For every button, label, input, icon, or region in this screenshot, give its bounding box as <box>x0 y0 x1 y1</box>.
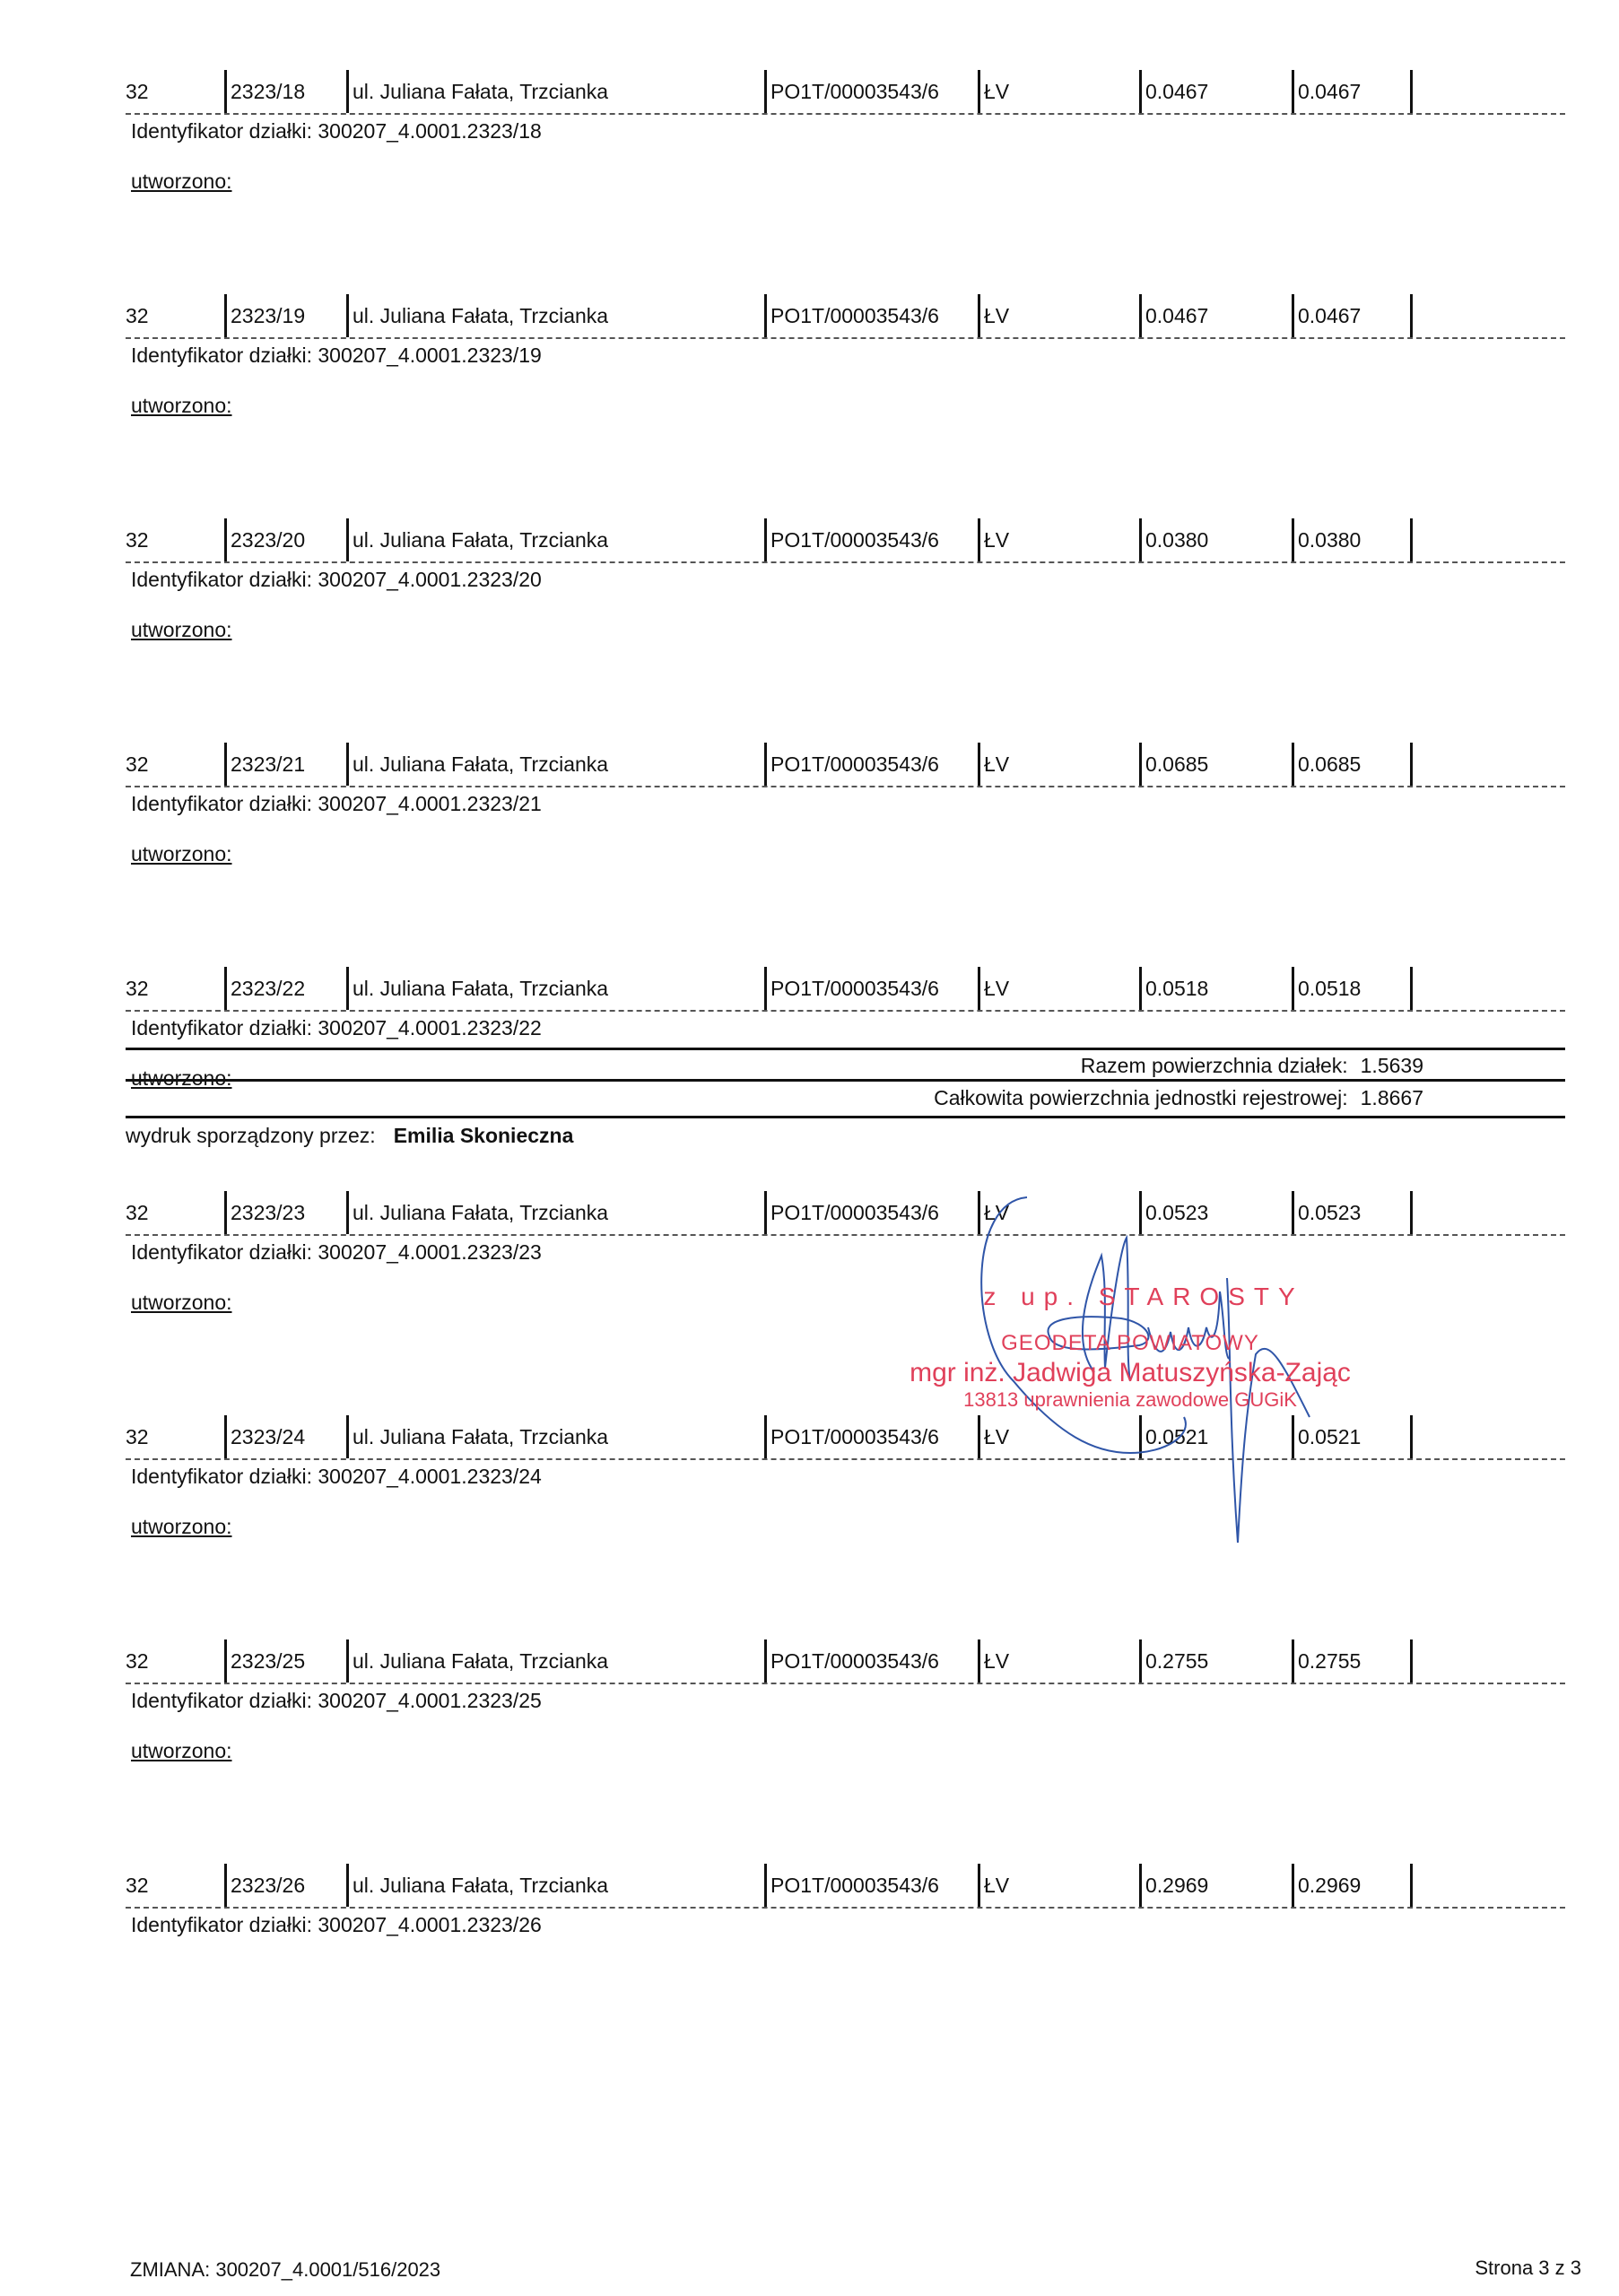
table-row: 322323/22ul. Juliana Fałata, TrzciankaPO… <box>126 961 1565 1012</box>
parcel-identifier-label: Identyfikator działki: <box>131 568 312 591</box>
parcel-identifier-label: Identyfikator działki: <box>131 1016 312 1039</box>
parcel-record: 322323/20ul. Juliana Fałata, TrzciankaPO… <box>126 513 1565 737</box>
address-cell: ul. Juliana Fałata, Trzcianka <box>346 294 608 337</box>
divider <box>126 1116 1565 1118</box>
row-end-border <box>1410 1864 1416 1907</box>
parcel-identifier-value: 300207_4.0001.2323/23 <box>318 1240 541 1264</box>
land-use-cell: ŁV <box>978 967 1009 1010</box>
parcel-area-cell: 0.0685 <box>1292 743 1361 786</box>
land-use-area-cell: 0.0467 <box>1139 294 1208 337</box>
stamp-line-1: z up. STAROSTY <box>888 1283 1399 1311</box>
parcel-identifier-label: Identyfikator działki: <box>131 792 312 815</box>
divider <box>126 1048 1565 1050</box>
address-cell: ul. Juliana Fałata, Trzcianka <box>346 1864 608 1907</box>
row-end-border <box>1410 967 1416 1010</box>
parcel-identifier-label: Identyfikator działki: <box>131 119 312 143</box>
address-cell: ul. Juliana Fałata, Trzcianka <box>346 743 608 786</box>
address-cell: ul. Juliana Fałata, Trzcianka <box>346 518 608 561</box>
parcel-identifier-value: 300207_4.0001.2323/26 <box>318 1913 541 1936</box>
table-row: 322323/19ul. Juliana Fałata, TrzciankaPO… <box>126 289 1565 339</box>
land-use-area-cell: 0.2755 <box>1139 1639 1208 1683</box>
obreb-cell: 32 <box>126 967 149 1010</box>
parcel-identifier-value: 300207_4.0001.2323/25 <box>318 1689 541 1712</box>
land-register-cell: PO1T/00003543/6 <box>764 1639 939 1683</box>
parcel-record: 322323/21ul. Juliana Fałata, TrzciankaPO… <box>126 737 1565 961</box>
parcel-record: 322323/19ul. Juliana Fałata, TrzciankaPO… <box>126 289 1565 513</box>
stamp-line-4: 13813 uprawnienia zawodowe GUGiK <box>861 1388 1399 1412</box>
land-use-cell: ŁV <box>978 1864 1009 1907</box>
parcel-identifier-value: 300207_4.0001.2323/20 <box>318 568 541 591</box>
stamp-line-3: mgr inż. Jadwiga Matuszyńska-Zając <box>861 1358 1399 1388</box>
obreb-cell: 32 <box>126 743 149 786</box>
obreb-cell: 32 <box>126 1191 149 1234</box>
page-number: Strona 3 z 3 <box>1475 2257 1581 2280</box>
parcel-identifier-value: 300207_4.0001.2323/24 <box>318 1465 541 1488</box>
parcel-identifier: Identyfikator działki: 300207_4.0001.232… <box>131 1238 542 1266</box>
table-row: 322323/20ul. Juliana Fałata, TrzciankaPO… <box>126 513 1565 563</box>
created-label: utworzono: <box>131 1288 232 1317</box>
parcel-record: 322323/18ul. Juliana Fałata, TrzciankaPO… <box>126 65 1565 289</box>
printed-by-label: wydruk sporządzony przez: <box>126 1124 376 1147</box>
parcel-identifier-label: Identyfikator działki: <box>131 1689 312 1712</box>
parcel-area-cell: 0.0380 <box>1292 518 1361 561</box>
row-end-border <box>1410 294 1416 337</box>
created-label: utworzono: <box>131 839 232 868</box>
land-use-area-cell: 0.0467 <box>1139 70 1208 113</box>
row-end-border <box>1410 743 1416 786</box>
parcel-identifier: Identyfikator działki: 300207_4.0001.232… <box>131 1686 542 1715</box>
obreb-cell: 32 <box>126 70 149 113</box>
parcel-number-cell: 2323/22 <box>224 967 305 1010</box>
parcel-identifier-label: Identyfikator działki: <box>131 1465 312 1488</box>
official-stamp: z up. STAROSTY GEODETA POWIATOWY mgr inż… <box>861 1283 1399 1412</box>
land-register-cell: PO1T/00003543/6 <box>764 294 939 337</box>
parcel-identifier: Identyfikator działki: 300207_4.0001.232… <box>131 341 542 370</box>
stamp-line-2: GEODETA POWIATOWY <box>861 1331 1399 1356</box>
parcel-identifier: Identyfikator działki: 300207_4.0001.232… <box>131 565 542 594</box>
printed-by: wydruk sporządzony przez:Emilia Skoniecz… <box>126 1121 573 1150</box>
parcel-identifier: Identyfikator działki: 300207_4.0001.232… <box>131 1462 542 1491</box>
divider <box>126 1079 1565 1082</box>
address-cell: ul. Juliana Fałata, Trzcianka <box>346 1191 608 1234</box>
obreb-cell: 32 <box>126 1415 149 1458</box>
table-row: 322323/21ul. Juliana Fałata, TrzciankaPO… <box>126 737 1565 787</box>
row-end-border <box>1410 70 1416 113</box>
parcel-number-cell: 2323/26 <box>224 1864 305 1907</box>
parcel-number-cell: 2323/21 <box>224 743 305 786</box>
parcel-record: 322323/26ul. Juliana Fałata, TrzciankaPO… <box>126 1858 1565 2083</box>
created-label: utworzono: <box>131 615 232 644</box>
change-id: ZMIANA: 300207_4.0001/516/2023 <box>130 2258 440 2282</box>
obreb-cell: 32 <box>126 294 149 337</box>
parcel-identifier-value: 300207_4.0001.2323/21 <box>318 792 541 815</box>
created-label: utworzono: <box>131 1064 232 1092</box>
parcel-number-cell: 2323/25 <box>224 1639 305 1683</box>
parcel-number-cell: 2323/18 <box>224 70 305 113</box>
parcel-identifier-label: Identyfikator działki: <box>131 1240 312 1264</box>
parcel-identifier-label: Identyfikator działki: <box>131 1913 312 1936</box>
total-parcels-area: Razem powierzchnia działek:1.5639 <box>1081 1051 1423 1080</box>
parcel-number-cell: 2323/20 <box>224 518 305 561</box>
row-end-border <box>1410 1639 1416 1683</box>
document-page: 322323/18ul. Juliana Fałata, TrzciankaPO… <box>0 0 1619 2296</box>
parcel-area-cell: 0.0467 <box>1292 70 1361 113</box>
total-unit-area: Całkowita powierzchnia jednostki rejestr… <box>934 1083 1423 1112</box>
parcel-identifier: Identyfikator działki: 300207_4.0001.232… <box>131 117 542 145</box>
parcel-number-cell: 2323/23 <box>224 1191 305 1234</box>
parcel-identifier: Identyfikator działki: 300207_4.0001.232… <box>131 1910 542 1939</box>
parcel-identifier-label: Identyfikator działki: <box>131 344 312 367</box>
table-row: 322323/26ul. Juliana Fałata, TrzciankaPO… <box>126 1858 1565 1909</box>
land-use-area-cell: 0.2969 <box>1139 1864 1208 1907</box>
parcel-identifier-value: 300207_4.0001.2323/19 <box>318 344 541 367</box>
created-label: utworzono: <box>131 1512 232 1541</box>
total-unit-value: 1.8667 <box>1361 1083 1423 1112</box>
parcel-area-cell: 0.0467 <box>1292 294 1361 337</box>
parcel-area-cell: 0.2755 <box>1292 1639 1361 1683</box>
land-use-cell: ŁV <box>978 294 1009 337</box>
parcel-area-cell: 0.0518 <box>1292 967 1361 1010</box>
table-row: 322323/18ul. Juliana Fałata, TrzciankaPO… <box>126 65 1565 115</box>
land-use-cell: ŁV <box>978 1639 1009 1683</box>
parcel-number-cell: 2323/19 <box>224 294 305 337</box>
parcel-area-cell: 0.2969 <box>1292 1864 1361 1907</box>
land-register-cell: PO1T/00003543/6 <box>764 1864 939 1907</box>
parcel-identifier-value: 300207_4.0001.2323/18 <box>318 119 541 143</box>
land-register-cell: PO1T/00003543/6 <box>764 70 939 113</box>
address-cell: ul. Juliana Fałata, Trzcianka <box>346 70 608 113</box>
created-label: utworzono: <box>131 167 232 196</box>
created-label: utworzono: <box>131 391 232 420</box>
land-register-cell: PO1T/00003543/6 <box>764 967 939 1010</box>
address-cell: ul. Juliana Fałata, Trzcianka <box>346 967 608 1010</box>
table-row: 322323/25ul. Juliana Fałata, TrzciankaPO… <box>126 1634 1565 1684</box>
row-end-border <box>1410 518 1416 561</box>
obreb-cell: 32 <box>126 518 149 561</box>
address-cell: ul. Juliana Fałata, Trzcianka <box>346 1639 608 1683</box>
land-use-area-cell: 0.0518 <box>1139 967 1208 1010</box>
land-use-cell: ŁV <box>978 70 1009 113</box>
land-use-area-cell: 0.0685 <box>1139 743 1208 786</box>
total-unit-label: Całkowita powierzchnia jednostki rejestr… <box>934 1086 1347 1109</box>
obreb-cell: 32 <box>126 1639 149 1683</box>
land-register-cell: PO1T/00003543/6 <box>764 743 939 786</box>
printed-by-name: Emilia Skonieczna <box>394 1124 574 1147</box>
parcel-identifier: Identyfikator działki: 300207_4.0001.232… <box>131 789 542 818</box>
parcel-record: 322323/25ul. Juliana Fałata, TrzciankaPO… <box>126 1634 1565 1858</box>
land-use-cell: ŁV <box>978 743 1009 786</box>
land-register-cell: PO1T/00003543/6 <box>764 518 939 561</box>
obreb-cell: 32 <box>126 1864 149 1907</box>
land-use-cell: ŁV <box>978 518 1009 561</box>
parcel-number-cell: 2323/24 <box>224 1415 305 1458</box>
address-cell: ul. Juliana Fałata, Trzcianka <box>346 1415 608 1458</box>
total-parcels-label: Razem powierzchnia działek: <box>1081 1054 1348 1077</box>
created-label: utworzono: <box>131 1736 232 1765</box>
total-parcels-value: 1.5639 <box>1361 1051 1423 1080</box>
parcel-identifier: Identyfikator działki: 300207_4.0001.232… <box>131 1013 542 1042</box>
land-use-area-cell: 0.0380 <box>1139 518 1208 561</box>
parcel-identifier-value: 300207_4.0001.2323/22 <box>318 1016 541 1039</box>
